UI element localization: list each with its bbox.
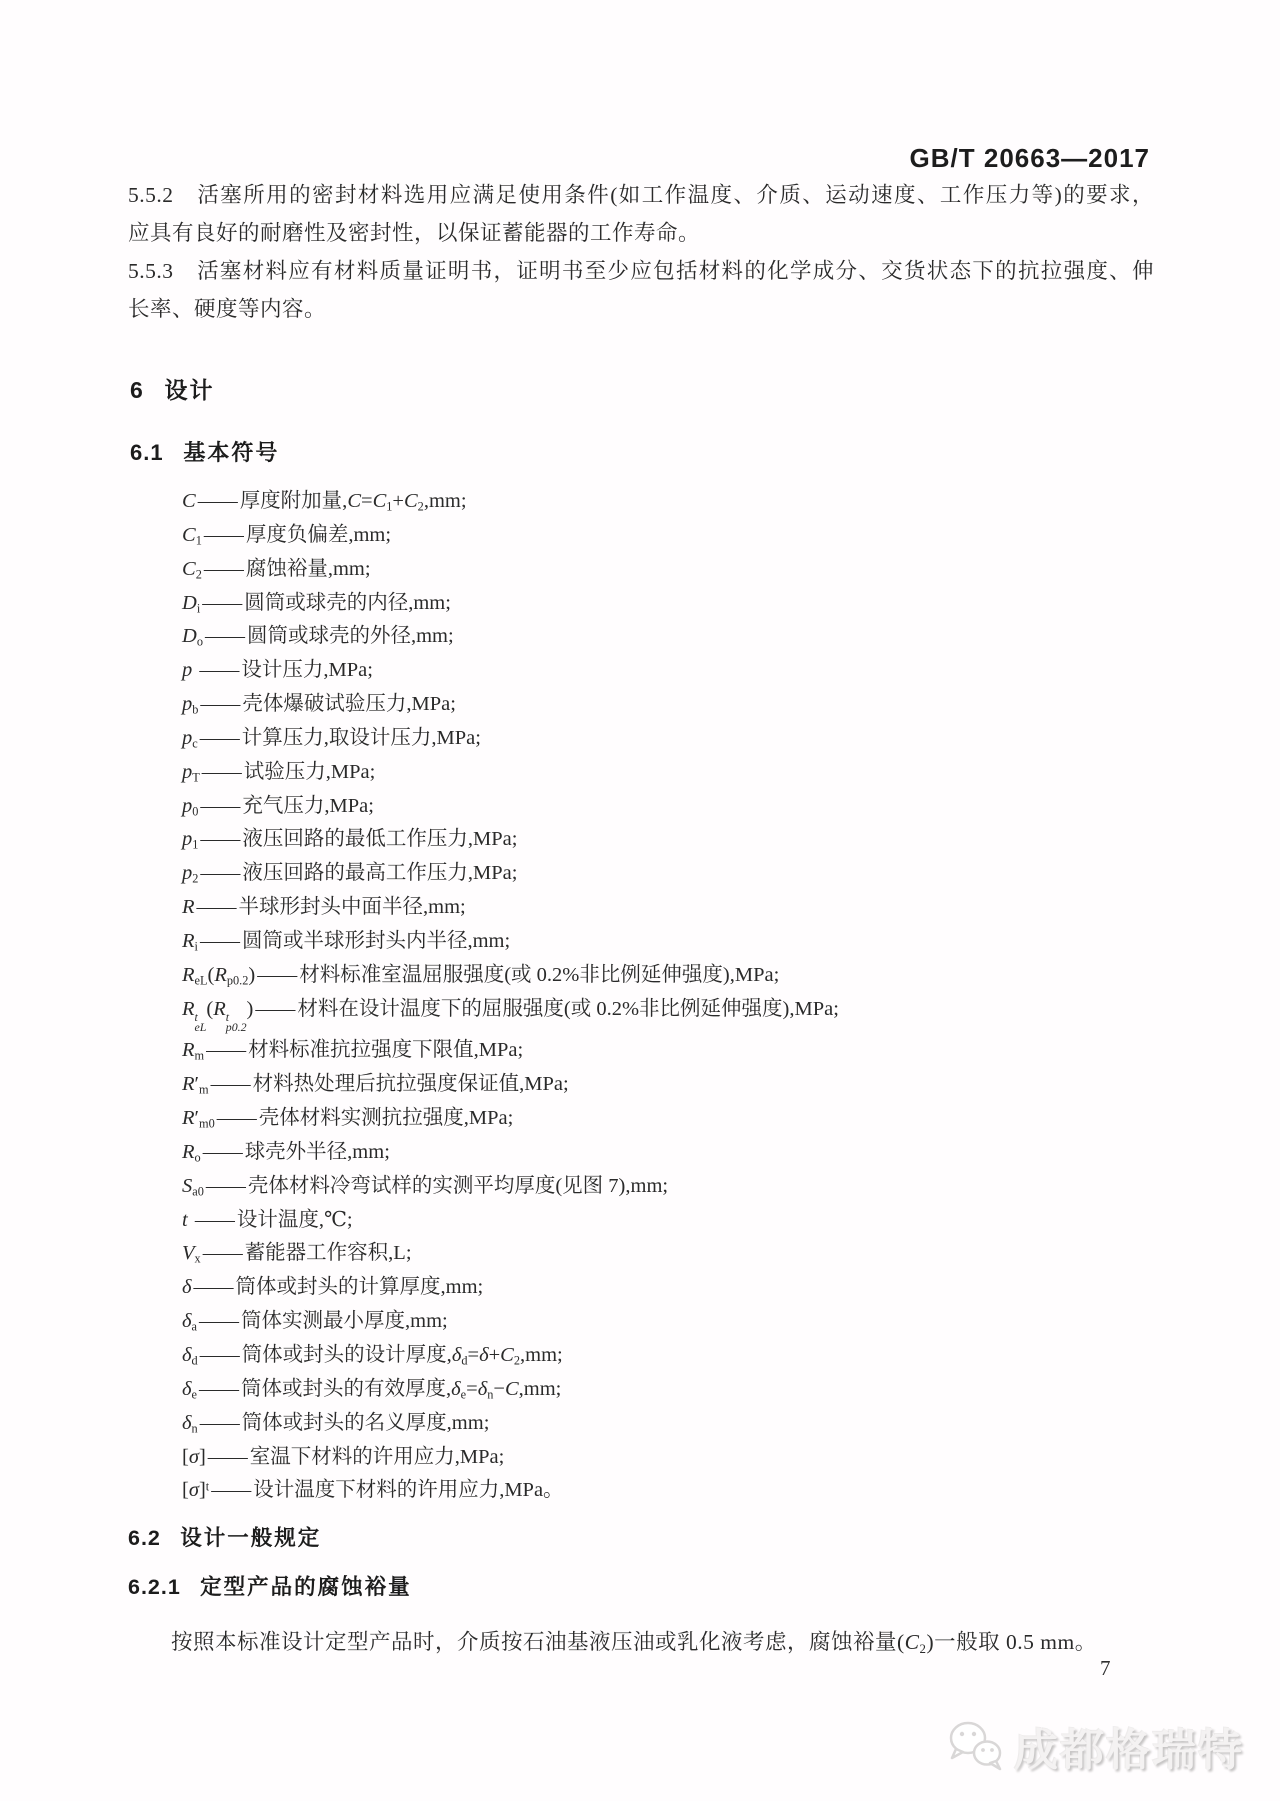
symbol-definition: 半球形封头中面半径,mm;	[239, 896, 466, 918]
section-number: 6.2	[128, 1526, 161, 1550]
symbol-item: R′m0——壳体材料实测抗拉强度,MPa;	[182, 1102, 1182, 1136]
section-6-2-heading: 6.2设计一般规定	[128, 1521, 321, 1552]
symbol-definition: 筒体或封头的名义厚度,mm;	[242, 1412, 490, 1434]
definition-dash: ——	[199, 659, 238, 681]
symbol-term: Ri	[182, 930, 198, 952]
symbol-definition: 厚度附加量,C=C1+C2,mm;	[240, 490, 467, 512]
text-line: 长率、硬度等内容。	[128, 290, 1154, 328]
definition-dash: ——	[205, 625, 244, 647]
text-line: 应具有良好的耐磨性及密封性，以保证蓄能器的工作寿命。	[128, 214, 1154, 252]
symbol-item: C——厚度附加量,C=C1+C2,mm;	[182, 485, 1182, 519]
symbol-term: Rm	[182, 1039, 204, 1061]
text-line: 5.5.2 活塞所用的密封材料选用应满足使用条件(如工作温度、介质、运动速度、工…	[128, 176, 1154, 214]
symbol-definition: 设计温度,℃;	[237, 1209, 353, 1231]
symbol-term: Vx	[182, 1242, 201, 1264]
definition-dash: ——	[203, 1242, 242, 1264]
definition-dash: ——	[200, 930, 239, 952]
text-line: 5.5.3 活塞材料应有材料质量证明书，证明书至少应包括材料的化学成分、交货状态…	[128, 252, 1154, 290]
symbol-definition: 壳体材料实测抗拉强度,MPa;	[259, 1107, 514, 1129]
symbol-definition: 液压回路的最低工作压力,MPa;	[242, 828, 517, 850]
watermark-text: 成都格瑞特	[1014, 1714, 1244, 1778]
section-number: 6.2.1	[128, 1575, 181, 1599]
symbol-term: Ro	[182, 1141, 201, 1163]
symbol-item: Ro——球壳外半径,mm;	[182, 1136, 1182, 1170]
symbol-item: RteL(Rtp0.2)——材料在设计温度下的屈服强度(或 0.2%非比例延伸强…	[182, 993, 1182, 1035]
symbol-item: p0——充气压力,MPa;	[182, 790, 1182, 824]
symbol-term: p0	[182, 795, 198, 817]
symbol-item: Di——圆筒或球壳的内径,mm;	[182, 587, 1182, 621]
definition-dash: ——	[203, 1141, 242, 1163]
symbol-term: ReL(Rp0.2)	[182, 964, 255, 986]
symbol-term: Di	[182, 592, 200, 614]
definition-dash: ——	[200, 828, 239, 850]
definition-dash: ——	[208, 1446, 247, 1468]
symbol-definition: 室温下材料的许用应力,MPa;	[250, 1446, 505, 1468]
symbol-term: δd	[182, 1344, 198, 1366]
symbol-definition: 壳体材料冷弯试样的实测平均厚度(见图 7),mm;	[248, 1175, 668, 1197]
symbol-item: C1——厚度负偏差,mm;	[182, 519, 1182, 553]
symbol-item: δn——筒体或封头的名义厚度,mm;	[182, 1407, 1182, 1441]
section-title: 设计一般规定	[180, 1526, 321, 1550]
symbol-term: δa	[182, 1310, 197, 1332]
section-number: 6	[130, 377, 144, 403]
definition-dash: ——	[204, 558, 243, 580]
definition-dash: ——	[199, 1310, 238, 1332]
symbol-term: p1	[182, 828, 198, 850]
watermark: 成都格瑞特	[944, 1714, 1244, 1778]
symbol-item: Rm——材料标准抗拉强度下限值,MPa;	[182, 1034, 1182, 1068]
symbol-term: RteL(Rtp0.2)	[182, 998, 253, 1020]
symbol-list: C——厚度附加量,C=C1+C2,mm;C1——厚度负偏差,mm;C2——腐蚀裕…	[182, 485, 1182, 1508]
symbol-definition: 腐蚀裕量,mm;	[246, 558, 371, 580]
standard-number: GB/T 20663—2017	[910, 143, 1150, 174]
definition-dash: ——	[202, 592, 241, 614]
symbol-term: R	[182, 896, 195, 918]
symbol-definition: 筒体或封头的有效厚度,δe=δn−C,mm;	[241, 1378, 561, 1400]
section-6-2-1-heading: 6.2.1定型产品的腐蚀裕量	[128, 1570, 412, 1601]
symbol-definition: 材料在设计温度下的屈服强度(或 0.2%非比例延伸强度),MPa;	[297, 998, 839, 1020]
symbol-item: Vx——蓄能器工作容积,L;	[182, 1237, 1182, 1271]
section-6-heading: 6设计	[130, 372, 214, 405]
symbol-term: R′m0	[182, 1107, 215, 1129]
symbol-definition: 材料热处理后抗拉强度保证值,MPa;	[253, 1073, 569, 1095]
wechat-icon	[944, 1717, 1008, 1775]
symbol-item: ReL(Rp0.2)——材料标准室温屈服强度(或 0.2%非比例延伸强度),MP…	[182, 959, 1182, 993]
symbol-term: R′m	[182, 1073, 209, 1095]
definition-dash: ——	[206, 1175, 245, 1197]
definition-dash: ——	[195, 1209, 234, 1231]
symbol-definition: 圆筒或球壳的外径,mm;	[247, 625, 454, 647]
symbol-term: p2	[182, 862, 198, 884]
symbol-item: R′m——材料热处理后抗拉强度保证值,MPa;	[182, 1068, 1182, 1102]
symbol-term: δe	[182, 1378, 197, 1400]
page-number: 7	[1100, 1656, 1111, 1681]
definition-dash: ——	[204, 524, 243, 546]
symbol-term: [σ]	[182, 1446, 206, 1468]
definition-dash: ——	[211, 1073, 250, 1095]
symbol-definition: 蓄能器工作容积,L;	[245, 1242, 412, 1264]
symbol-definition: 液压回路的最高工作压力,MPa;	[242, 862, 517, 884]
symbol-term: pT	[182, 761, 200, 783]
definition-dash: ——	[198, 490, 237, 512]
symbol-term: δn	[182, 1412, 198, 1434]
symbol-definition: 材料标准抗拉强度下限值,MPa;	[248, 1039, 523, 1061]
symbol-item: t ——设计温度,℃;	[182, 1204, 1182, 1238]
symbol-definition: 筒体或封头的设计厚度,δd=δ+C2,mm;	[242, 1344, 563, 1366]
symbol-item: p1——液压回路的最低工作压力,MPa;	[182, 823, 1182, 857]
definition-dash: ——	[200, 862, 239, 884]
clause-55-paragraphs: 5.5.2 活塞所用的密封材料选用应满足使用条件(如工作温度、介质、运动速度、工…	[128, 176, 1154, 328]
symbol-definition: 壳体爆破试验压力,MPa;	[242, 693, 456, 715]
symbol-term: [σ]t	[182, 1479, 209, 1501]
symbol-item: pb——壳体爆破试验压力,MPa;	[182, 688, 1182, 722]
section-title: 设计	[164, 377, 214, 403]
symbol-item: δd——筒体或封头的设计厚度,δd=δ+C2,mm;	[182, 1339, 1182, 1373]
symbol-item: p2——液压回路的最高工作压力,MPa;	[182, 857, 1182, 891]
definition-dash: ——	[197, 896, 236, 918]
definition-dash: ——	[200, 727, 239, 749]
symbol-definition: 圆筒或半球形封头内半径,mm;	[242, 930, 510, 952]
symbol-definition: 设计压力,MPa;	[241, 659, 373, 681]
symbol-term: δ	[182, 1276, 192, 1298]
symbol-term: C	[182, 490, 196, 512]
symbol-definition: 计算压力,取设计压力,MPa;	[242, 727, 481, 749]
symbol-definition: 材料标准室温屈服强度(或 0.2%非比例延伸强度),MPa;	[299, 964, 779, 986]
symbol-term: Do	[182, 625, 203, 647]
symbol-term: t	[182, 1209, 193, 1231]
definition-dash: ——	[217, 1107, 256, 1129]
symbol-item: [σ]——室温下材料的许用应力,MPa;	[182, 1441, 1182, 1475]
definition-dash: ——	[206, 1039, 245, 1061]
symbol-item: Sa0——壳体材料冷弯试样的实测平均厚度(见图 7),mm;	[182, 1170, 1182, 1204]
definition-dash: ——	[202, 761, 241, 783]
symbol-item: C2——腐蚀裕量,mm;	[182, 553, 1182, 587]
symbol-item: δ——筒体或封头的计算厚度,mm;	[182, 1271, 1182, 1305]
symbol-item: [σ]t——设计温度下材料的许用应力,MPa。	[182, 1474, 1182, 1508]
symbol-term: C2	[182, 558, 202, 580]
symbol-definition: 球壳外半径,mm;	[245, 1141, 390, 1163]
definition-dash: ——	[257, 964, 296, 986]
definition-dash: ——	[211, 1479, 250, 1501]
symbol-definition: 筒体实测最小厚度,mm;	[241, 1310, 448, 1332]
definition-dash: ——	[200, 693, 239, 715]
symbol-item: Do——圆筒或球壳的外径,mm;	[182, 620, 1182, 654]
symbol-definition: 设计温度下材料的许用应力,MPa。	[253, 1479, 563, 1501]
symbol-term: pb	[182, 693, 198, 715]
definition-dash: ——	[200, 1412, 239, 1434]
clause-621-paragraph: 按照本标准设计定型产品时，介质按石油基液压油或乳化液考虑，腐蚀裕量(C2)一般取…	[128, 1623, 1168, 1661]
symbol-definition: 试验压力,MPa;	[244, 761, 376, 783]
section-title: 基本符号	[183, 440, 279, 465]
symbol-definition: 筒体或封头的计算厚度,mm;	[236, 1276, 484, 1298]
symbol-definition: 厚度负偏差,mm;	[246, 524, 391, 546]
symbol-term: pc	[182, 727, 198, 749]
section-title: 定型产品的腐蚀裕量	[200, 1575, 412, 1599]
definition-dash: ——	[200, 1344, 239, 1366]
symbol-definition: 充气压力,MPa;	[242, 795, 374, 817]
section-6-1-heading: 6.1基本符号	[130, 436, 279, 467]
section-number: 6.1	[130, 440, 164, 465]
symbol-item: R——半球形封头中面半径,mm;	[182, 891, 1182, 925]
symbol-term: Sa0	[182, 1175, 204, 1197]
symbol-item: δe——筒体或封头的有效厚度,δe=δn−C,mm;	[182, 1373, 1182, 1407]
definition-dash: ——	[199, 1378, 238, 1400]
definition-dash: ——	[255, 998, 294, 1020]
symbol-item: pT——试验压力,MPa;	[182, 756, 1182, 790]
symbol-item: Ri——圆筒或半球形封头内半径,mm;	[182, 925, 1182, 959]
symbol-item: δa——筒体实测最小厚度,mm;	[182, 1305, 1182, 1339]
symbol-term: p	[182, 659, 197, 681]
symbol-definition: 圆筒或球壳的内径,mm;	[244, 592, 451, 614]
symbol-item: p ——设计压力,MPa;	[182, 654, 1182, 688]
symbol-item: pc——计算压力,取设计压力,MPa;	[182, 722, 1182, 756]
symbol-term: C1	[182, 524, 202, 546]
definition-dash: ——	[200, 795, 239, 817]
definition-dash: ——	[194, 1276, 233, 1298]
